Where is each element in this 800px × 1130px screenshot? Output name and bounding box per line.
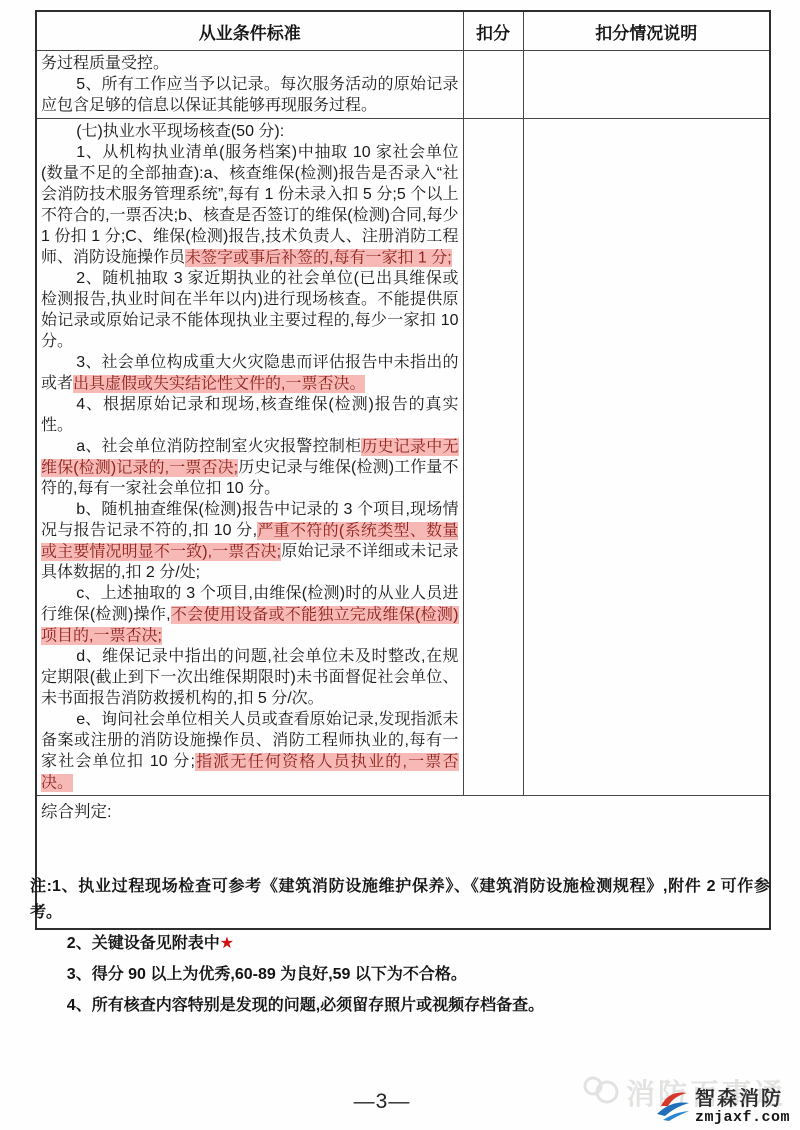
document-page: 从业条件标准 扣分 扣分情况说明 务过程质量受控。5、所有工作应当予以记录。每次… [0,0,800,1130]
logo-text-block: 智森消防 zmjaxf.com [695,1089,790,1126]
main-deduction-cell [463,119,523,796]
highlighted-text: 未签字或事后补签的,每有一家扣 1 分; [185,249,452,267]
text-segment: a、社会单位消防控制室火灾报警控制柜 [76,438,361,455]
paragraph: e、询问社会单位相关人员或查看原始记录,发现指派未备案或注册的消防设施操作员、消… [41,709,459,793]
paragraph: 4、所有核查内容特别是发现的问题,必须留存照片或视频存档备查。 [30,993,770,1019]
paragraph: 2、关键设备见附表中★ [30,931,770,957]
assessment-table: 从业条件标准 扣分 扣分情况说明 务过程质量受控。5、所有工作应当予以记录。每次… [35,10,771,930]
header-explanation: 扣分情况说明 [523,11,770,51]
header-criteria: 从业条件标准 [36,11,463,51]
text-segment: 2、随机抽取 3 家近期执业的社会单位(已出具维保或检测报告,执业时间在半年以内… [41,270,459,350]
carryover-row: 务过程质量受控。5、所有工作应当予以记录。每次服务活动的原始记录应包含足够的信息… [36,51,770,119]
paragraph: 3、得分 90 以上为优秀,60-89 为良好,59 以下为不合格。 [30,962,770,988]
text-segment: 5、所有工作应当予以记录。每次服务活动的原始记录应包含足够的信息以保证其能够再现… [41,76,459,114]
paragraph: 注:1、执业过程现场检查可参考《建筑消防设施维护保养》、《建筑消防设施检测规程》… [30,874,770,926]
text-segment: d、维保记录中指出的问题,社会单位未及时整改,在规定期限(截止到下一次出维保期限… [41,648,459,707]
logo-name: 智森消防 [695,1089,790,1110]
text-segment: 4、根据原始记录和现场,核查维保(检测)报告的真实性。 [41,396,459,434]
text-segment: 3、得分 90 以上为优秀,60-89 为良好,59 以下为不合格。 [67,966,467,983]
paragraph: a、社会单位消防控制室火灾报警控制柜历史记录中无维保(检测)记录的,一票否决;历… [41,436,459,499]
paragraph: c、上述抽取的 3 个项目,由维保(检测)时的从业人员进行维保(检测)操作,不会… [41,583,459,646]
main-criteria-cell: (七)执业水平现场核查(50 分):1、从机构执业清单(服务档案)中抽取 10 … [36,119,463,796]
header-deduction: 扣分 [463,11,523,51]
notes-section: 注:1、执业过程现场检查可参考《建筑消防设施维护保养》、《建筑消防设施检测规程》… [30,874,770,1019]
paragraph: (七)执业水平现场核查(50 分): [41,121,459,142]
paragraph: 4、根据原始记录和现场,核查维保(检测)报告的真实性。 [41,394,459,436]
paragraph: 5、所有工作应当予以记录。每次服务活动的原始记录应包含足够的信息以保证其能够再现… [41,74,459,116]
text-segment: 1、从机构执业清单(服务档案)中抽取 10 家社会单位(数量不足的全部抽查):a… [41,144,459,266]
zmjaxf-logo-icon [655,1088,691,1127]
paragraph: 务过程质量受控。 [41,53,459,74]
text-segment: 4、所有核查内容特别是发现的问题,必须留存照片或视频存档备查。 [67,997,544,1014]
paragraph: d、维保记录中指出的问题,社会单位未及时整改,在规定期限(截止到下一次出维保期限… [41,646,459,709]
table-header-row: 从业条件标准 扣分 扣分情况说明 [36,11,770,51]
text-segment: 注:1、执业过程现场检查可参考《建筑消防设施维护保养》、《建筑消防设施检测规程》… [30,878,770,921]
logo-url: zmjaxf.com [695,1110,790,1126]
zmjaxf-logo: 智森消防 zmjaxf.com [655,1088,790,1127]
text-segment: (七)执业水平现场核查(50 分): [76,123,284,140]
main-row: (七)执业水平现场核查(50 分):1、从机构执业清单(服务档案)中抽取 10 … [36,119,770,796]
paragraph: 1、从机构执业清单(服务档案)中抽取 10 家社会单位(数量不足的全部抽查):a… [41,142,459,268]
carryover-explanation-cell [523,51,770,119]
text-segment: 务过程质量受控。 [41,55,169,72]
main-explanation-cell [523,119,770,796]
baishitong-logo-icon [582,1074,620,1112]
text-segment: 2、关键设备见附表中 [67,935,220,952]
carryover-criteria-cell: 务过程质量受控。5、所有工作应当予以记录。每次服务活动的原始记录应包含足够的信息… [36,51,463,119]
paragraph: 2、随机抽取 3 家近期执业的社会单位(已出具维保或检测报告,执业时间在半年以内… [41,268,459,352]
highlighted-text: 出具虚假或失实结论性文件的,一票否决。 [73,375,365,393]
verdict-label: 综合判定: [41,803,112,821]
paragraph: b、随机抽查维保(检测)报告中记录的 3 个项目,现场情况与报告记录不符的,扣 … [41,499,459,583]
paragraph: 3、社会单位构成重大火灾隐患而评估报告中未指出的或者出具虚假或失实结论性文件的,… [41,352,459,394]
carryover-deduction-cell [463,51,523,119]
text-segment: ★ [220,935,234,952]
